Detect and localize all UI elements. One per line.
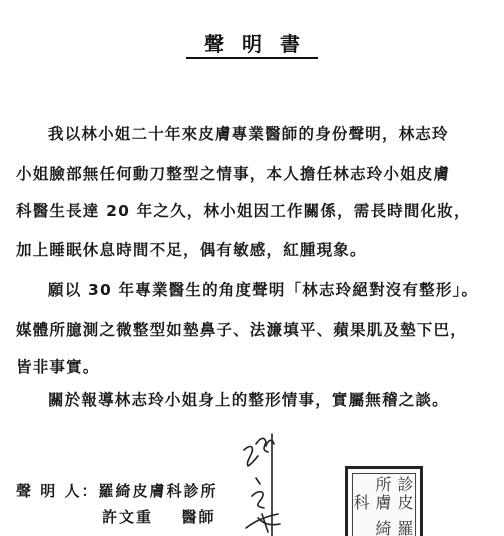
paragraph-1-line-2: 小姐臉部無任何動刀整型之情事，本人擔任林志玲小姐皮膚 xyxy=(16,162,450,184)
clinic-name: 羅綺皮膚科診所 xyxy=(98,482,217,500)
doctor-line: 許文重 醫師 xyxy=(102,506,216,527)
clinic-seal: 羅綺 皮膚科 診所 xyxy=(345,466,423,536)
doctor-name: 許文重 xyxy=(102,508,153,526)
signature-icon xyxy=(238,428,298,536)
doctor-title: 醫師 xyxy=(181,508,215,526)
signer-label: 聲 明 人： xyxy=(16,482,98,500)
paragraph-1-line-4: 加上睡眠休息時間不足，偶有敏感，紅腫現象。 xyxy=(16,238,367,260)
paragraph-2-line-3: 皆非事實。 xyxy=(16,355,100,377)
paragraph-2-line-1: 願以 30 年專業醫生的角度聲明「林志玲絕對沒有整形」。 xyxy=(48,278,478,300)
handwritten-signature xyxy=(238,428,298,536)
seal-column-3: 診所 xyxy=(353,476,415,494)
paragraph-1-line-3: 科醫生長達 20 年之久，林小姐因工作關係，需長時間化妝， xyxy=(16,199,471,221)
signer-block: 聲 明 人：羅綺皮膚科診所 xyxy=(16,480,217,501)
document-title: 聲明書 xyxy=(0,28,504,57)
title-text: 聲明書 xyxy=(186,32,318,59)
paragraph-3-line-1: 關於報導林志玲小姐身上的整形情事，實屬無稽之談。 xyxy=(48,388,449,410)
seal-column-1: 羅綺 xyxy=(353,520,415,536)
paragraph-1-line-1: 我以林小姐二十年來皮膚專業醫師的身份聲明，林志玲 xyxy=(48,122,449,144)
seal-column-2: 皮膚科 xyxy=(353,494,415,521)
paragraph-2-line-2: 媒體所臆測之微整型如墊鼻子、法濂填平、蘋果肌及墊下巴， xyxy=(16,318,467,340)
seal-inner-frame: 羅綺 皮膚科 診所 xyxy=(352,473,416,536)
